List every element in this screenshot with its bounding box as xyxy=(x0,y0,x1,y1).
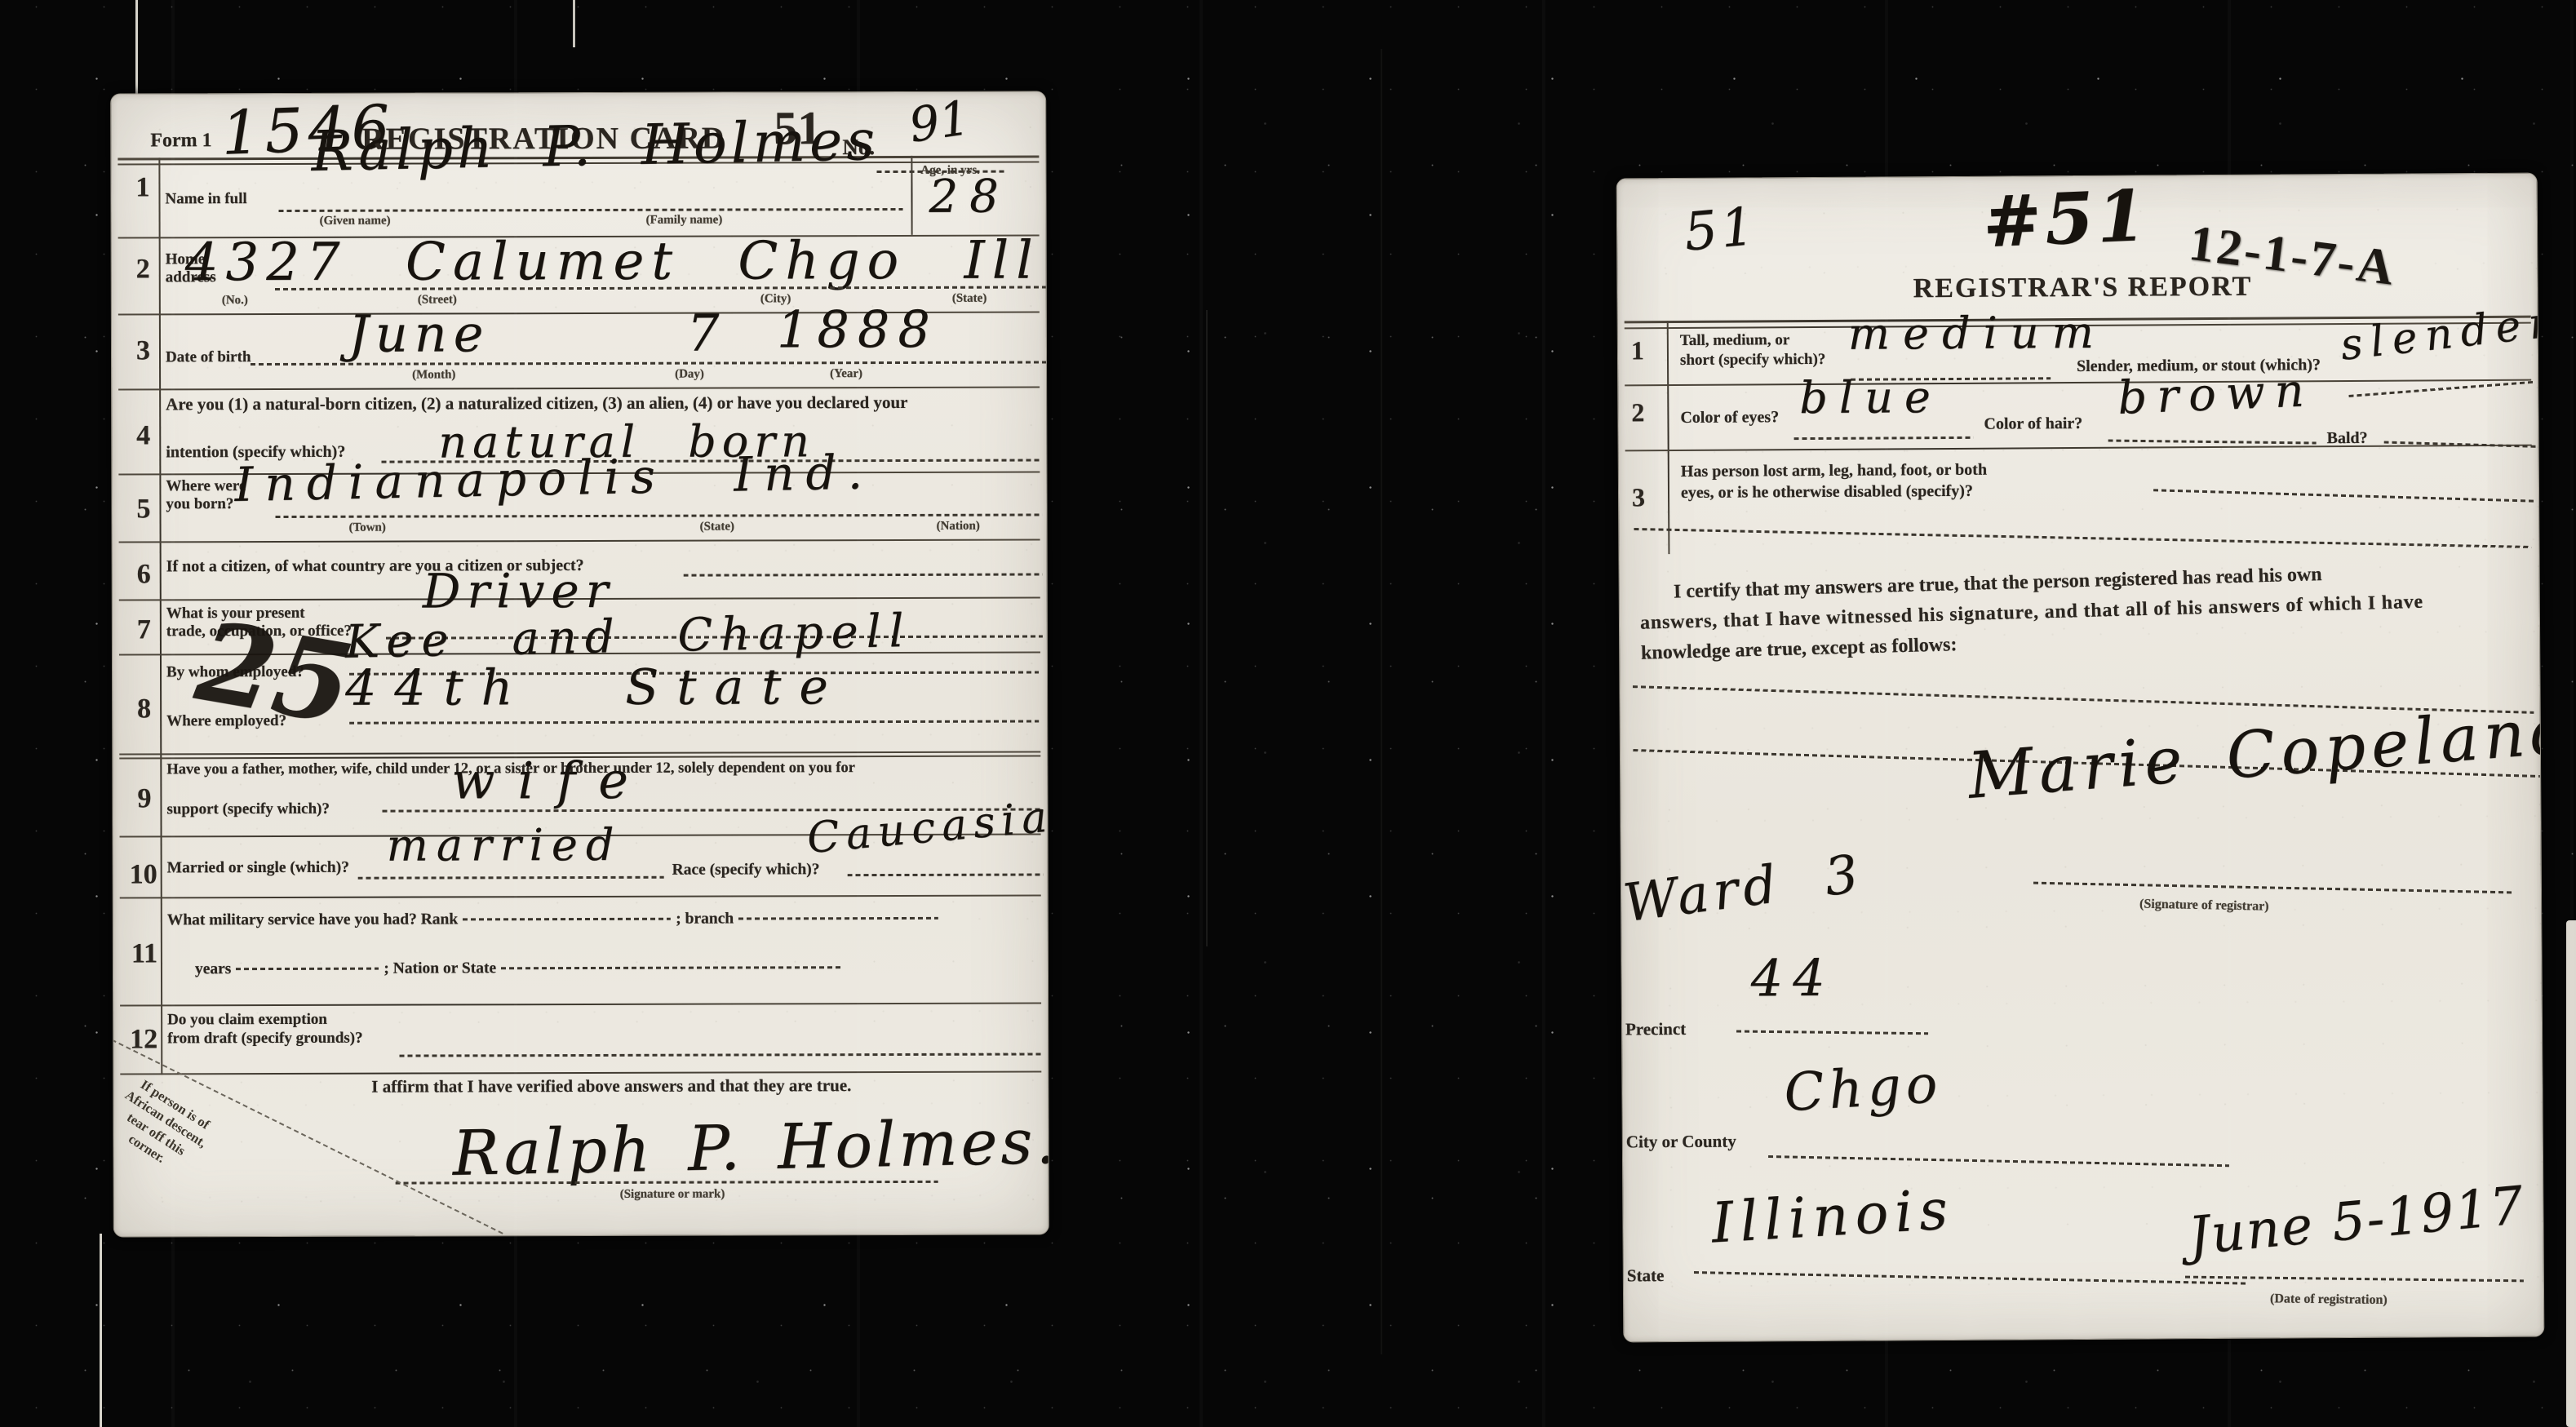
registrar-signature-handwritten: Marie Copeland xyxy=(1966,694,2545,813)
citizen-question-line1: Are you (1) a natural-born citizen, (2) … xyxy=(166,392,907,414)
answer-dotted-line xyxy=(2348,381,2536,397)
number-column-line xyxy=(158,157,162,1075)
row-number-7: 7 xyxy=(137,614,151,645)
answer-dotted-line xyxy=(279,208,903,212)
disability-label-2: eyes, or is he otherwise disabled (speci… xyxy=(1681,482,1973,503)
report-row-number-3: 3 xyxy=(1632,482,1645,512)
build-answer-handwritten: slender xyxy=(2338,298,2544,370)
precinct-label: Precinct xyxy=(1625,1019,1686,1039)
married-label: Married or single (which)? xyxy=(167,859,349,878)
answer-dotted-line xyxy=(1736,1030,1928,1035)
report-row-number-1: 1 xyxy=(1631,335,1644,366)
row-number-9: 9 xyxy=(137,783,151,814)
answer-dotted-line xyxy=(848,874,1044,877)
scratch-line xyxy=(573,0,575,47)
state-caption: (State) xyxy=(700,521,735,534)
nation-caption: (Nation) xyxy=(937,520,980,534)
city-county-handwritten: Chgo xyxy=(1782,1054,1944,1123)
answer-dotted-line xyxy=(1694,1271,2247,1285)
month-caption: (Month) xyxy=(412,368,455,382)
registrars-report-card: 51 #51 12-1-7-A REGISTRAR'S REPORT 1 Tal… xyxy=(1616,173,2545,1343)
blank-dotted-line xyxy=(738,917,938,920)
row-number-3: 3 xyxy=(136,335,150,366)
corner-note: If person is of African descent, tear of… xyxy=(110,1061,235,1191)
dependent-question-line2: support (specify which)? xyxy=(166,800,330,819)
address-state-caption: (State) xyxy=(952,292,987,306)
address-no-caption: (No.) xyxy=(222,294,248,308)
scratch-line xyxy=(135,0,138,95)
row-rule xyxy=(1625,379,2531,387)
film-edge-sliver xyxy=(2566,920,2576,1427)
exemption-label-1: Do you claim exemption xyxy=(167,1011,327,1030)
row-number-1: 1 xyxy=(135,172,149,203)
registration-card: Form 1 1546 REGISTRATION CARD 51 No. 91 … xyxy=(110,91,1049,1238)
blank-dotted-line xyxy=(236,968,379,970)
certification-paragraph: I certify that my answers are true, that… xyxy=(1639,554,2531,668)
margin-scrawl: 25 xyxy=(188,596,361,750)
answer-dotted-line xyxy=(276,514,1043,518)
row-rule xyxy=(120,895,1041,899)
military-branch-label: ; branch xyxy=(676,911,734,928)
report-row-number-2: 2 xyxy=(1631,397,1644,428)
scanned-document-page: Form 1 1546 REGISTRATION CARD 51 No. 91 … xyxy=(0,0,2576,1427)
signature-dotted-line xyxy=(2033,882,2515,894)
born-label-2: you born? xyxy=(166,495,233,513)
answer-dotted-line xyxy=(2153,489,2537,503)
date-dotted-line xyxy=(2185,1276,2524,1283)
big-number-handwritten: #51 xyxy=(1981,175,2151,264)
row-number-5: 5 xyxy=(136,494,150,525)
military-rank-label: What military service have you had? Rank xyxy=(167,911,458,928)
given-name-caption: (Given name) xyxy=(320,215,391,228)
registrar-signature-caption: (Signature of registrar) xyxy=(2139,897,2269,914)
answer-dotted-line xyxy=(2108,440,2317,445)
exemption-label-2: from draft (specify grounds)? xyxy=(167,1030,362,1048)
number-column-line xyxy=(1667,321,1670,554)
registration-date-caption: (Date of registration) xyxy=(2270,1292,2388,1308)
born-answer-handwritten: Indianapolis Ind. xyxy=(234,444,875,512)
row-rule xyxy=(1625,445,2532,452)
military-nation-label: ; Nation or State xyxy=(384,959,496,977)
affirmation-text: I affirm that I have verified above answ… xyxy=(240,1075,982,1097)
height-label-2: short (specify which)? xyxy=(1680,351,1826,370)
eyes-label: Color of eyes? xyxy=(1680,408,1779,428)
hair-answer-handwritten: brown xyxy=(2117,364,2315,425)
report-title: REGISTRAR'S REPORT xyxy=(1895,272,2270,305)
bald-label: Bald? xyxy=(2327,429,2368,448)
dob-day-handwritten: 7 xyxy=(687,304,720,363)
hair-label: Color of hair? xyxy=(1984,414,2082,434)
where-employed-handwritten: 44th State xyxy=(345,658,846,717)
row-number-6: 6 xyxy=(137,559,151,590)
city-county-label: City or County xyxy=(1626,1132,1736,1153)
age-box-divider xyxy=(911,156,912,235)
disability-label-1: Has person lost arm, leg, hand, foot, or… xyxy=(1681,461,1987,481)
row-number-4: 4 xyxy=(136,420,150,451)
married-answer-handwritten: married xyxy=(386,819,622,871)
dob-year-handwritten: 1888 xyxy=(777,299,938,360)
answer-dotted-line xyxy=(1794,437,1974,440)
answer-dotted-line xyxy=(399,1053,1044,1057)
year-caption: (Year) xyxy=(830,367,862,381)
day-caption: (Day) xyxy=(675,368,704,382)
dob-label: Date of birth xyxy=(166,348,251,366)
military-line2: years; Nation or State xyxy=(195,959,849,978)
address-handwritten: 4327 Calumet Chgo Ill xyxy=(185,231,1040,294)
military-line1: What military service have you had? Rank… xyxy=(167,910,943,929)
blank-dotted-line xyxy=(463,918,671,921)
eyes-answer-handwritten: blue xyxy=(1799,371,1942,423)
answer-dotted-line xyxy=(358,876,664,880)
precinct-handwritten: 44 xyxy=(1750,948,1834,1008)
answer-dotted-line xyxy=(684,574,1043,577)
race-answer-handwritten: Caucasian xyxy=(805,789,1049,863)
dependent-answer-handwritten: wife xyxy=(451,751,651,811)
form-number-label: Form 1 xyxy=(150,130,211,152)
height-label-1: Tall, medium, or xyxy=(1680,331,1790,350)
height-answer-handwritten: medium xyxy=(1848,307,2107,360)
row-rule xyxy=(119,539,1040,543)
row-rule xyxy=(120,1071,1041,1075)
row-number-11: 11 xyxy=(131,938,157,969)
town-caption: (Town) xyxy=(349,521,386,535)
race-label: Race (specify which)? xyxy=(672,861,820,879)
registration-date-handwritten: June 5-1917 xyxy=(2186,1176,2528,1267)
ward-handwritten: Ward 3 xyxy=(1620,844,1866,934)
dob-month-handwritten: June xyxy=(348,304,490,363)
scratch-line xyxy=(1381,49,1382,1354)
name-handwritten: Ralph P. Holmes xyxy=(311,109,880,184)
scratch-line xyxy=(1206,310,1208,946)
state-label: State xyxy=(1627,1265,1665,1286)
military-years-label: years xyxy=(195,960,231,977)
family-name-caption: (Family name) xyxy=(646,214,723,228)
blank-dotted-line xyxy=(501,966,844,969)
corner-number-handwritten: 51 xyxy=(1682,197,1760,264)
state-handwritten: Illinois xyxy=(1709,1177,1956,1256)
row-rule xyxy=(118,387,1040,391)
row-number-8: 8 xyxy=(137,694,151,725)
row-rule xyxy=(120,1003,1041,1007)
scratch-line xyxy=(100,1234,102,1427)
registrant-signature-handwritten: Ralph P. Holmes. xyxy=(452,1105,1049,1190)
row-number-2: 2 xyxy=(136,254,150,285)
answer-dotted-line xyxy=(349,720,1039,725)
row-number-10: 10 xyxy=(130,859,157,890)
answer-dotted-line xyxy=(1634,528,2531,548)
signature-caption: (Signature or mark) xyxy=(620,1188,725,1202)
no-value-handwritten: 91 xyxy=(906,91,973,153)
age-handwritten: 28 xyxy=(929,171,1009,224)
answer-dotted-line xyxy=(1768,1155,2229,1167)
name-label: Name in full xyxy=(165,190,246,208)
